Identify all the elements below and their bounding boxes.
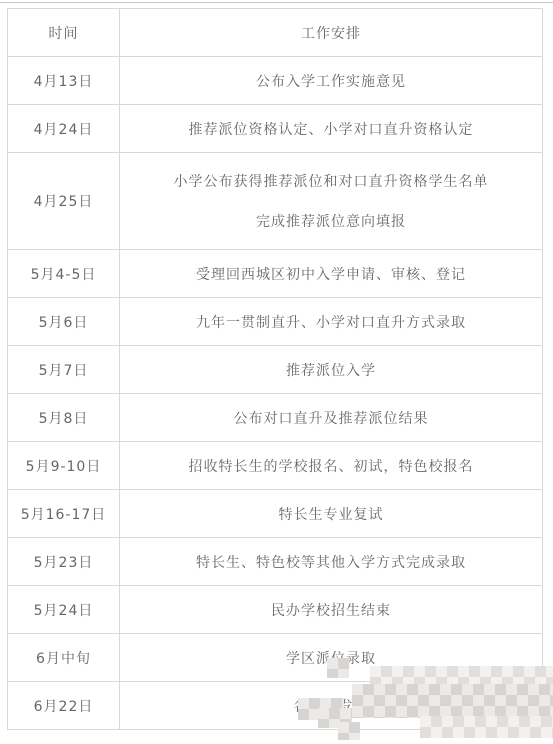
table-row: 4月24日 推荐派位资格认定、小学对口直升资格认定 bbox=[8, 105, 543, 153]
time-cell: 5月4-5日 bbox=[8, 250, 120, 298]
table-row: 5月24日 民办学校招生结束 bbox=[8, 586, 543, 634]
task-cell: 公布对口直升及推荐派位结果 bbox=[120, 394, 543, 442]
table-row: 5月16-17日 特长生专业复试 bbox=[8, 490, 543, 538]
time-cell: 5月7日 bbox=[8, 346, 120, 394]
table-row: 4月25日 小学公布获得推荐派位和对口直升资格学生名单 完成推荐派位意向填报 bbox=[8, 153, 543, 250]
pixelated-watermark bbox=[338, 722, 360, 740]
pixelated-watermark bbox=[420, 716, 553, 738]
time-cell: 5月6日 bbox=[8, 298, 120, 346]
page: { "colors": { "border": "#d8d8d8", "text… bbox=[0, 0, 553, 744]
task-cell: 招收特长生的学校报名、初试，特色校报名 bbox=[120, 442, 543, 490]
task-line: 完成推荐派位意向填报 bbox=[124, 211, 538, 231]
time-cell: 4月24日 bbox=[8, 105, 120, 153]
task-cell: 受理回西城区初中入学申请、审核、登记 bbox=[120, 250, 543, 298]
table-row: 4月13日 公布入学工作实施意见 bbox=[8, 57, 543, 105]
time-cell: 5月24日 bbox=[8, 586, 120, 634]
table-row: 5月6日 九年一贯制直升、小学对口直升方式录取 bbox=[8, 298, 543, 346]
time-cell: 5月16-17日 bbox=[8, 490, 120, 538]
task-cell: 九年一贯制直升、小学对口直升方式录取 bbox=[120, 298, 543, 346]
task-cell: 公布入学工作实施意见 bbox=[120, 57, 543, 105]
time-cell: 5月9-10日 bbox=[8, 442, 120, 490]
time-cell: 6月中旬 bbox=[8, 634, 120, 682]
task-lines: 小学公布获得推荐派位和对口直升资格学生名单 完成推荐派位意向填报 bbox=[124, 171, 538, 231]
task-cell: 特长生、特色校等其他入学方式完成录取 bbox=[120, 538, 543, 586]
table-row: 5月4-5日 受理回西城区初中入学申请、审核、登记 bbox=[8, 250, 543, 298]
table-row: 5月9-10日 招收特长生的学校报名、初试，特色校报名 bbox=[8, 442, 543, 490]
table-row: 5月7日 推荐派位入学 bbox=[8, 346, 543, 394]
table-row: 5月23日 特长生、特色校等其他入学方式完成录取 bbox=[8, 538, 543, 586]
top-divider-rule bbox=[0, 2, 553, 3]
pixelated-watermark bbox=[327, 658, 349, 678]
task-cell: 特长生专业复试 bbox=[120, 490, 543, 538]
time-cell: 5月8日 bbox=[8, 394, 120, 442]
task-cell: 推荐派位资格认定、小学对口直升资格认定 bbox=[120, 105, 543, 153]
pixelated-watermark bbox=[352, 684, 553, 718]
col-header-time: 时间 bbox=[8, 9, 120, 57]
time-cell: 4月13日 bbox=[8, 57, 120, 105]
task-cell: 民办学校招生结束 bbox=[120, 586, 543, 634]
time-cell: 4月25日 bbox=[8, 153, 120, 250]
schedule-table: 时间 工作安排 4月13日 公布入学工作实施意见 4月24日 推荐派位资格认定、… bbox=[7, 8, 543, 730]
task-line: 小学公布获得推荐派位和对口直升资格学生名单 bbox=[124, 171, 538, 191]
task-cell: 推荐派位入学 bbox=[120, 346, 543, 394]
task-cell: 小学公布获得推荐派位和对口直升资格学生名单 完成推荐派位意向填报 bbox=[120, 153, 543, 250]
time-cell: 6月22日 bbox=[8, 682, 120, 730]
table-row: 5月8日 公布对口直升及推荐派位结果 bbox=[8, 394, 543, 442]
header-row: 时间 工作安排 bbox=[8, 9, 543, 57]
pixelated-watermark bbox=[370, 666, 553, 686]
col-header-tasks: 工作安排 bbox=[120, 9, 543, 57]
time-cell: 5月23日 bbox=[8, 538, 120, 586]
